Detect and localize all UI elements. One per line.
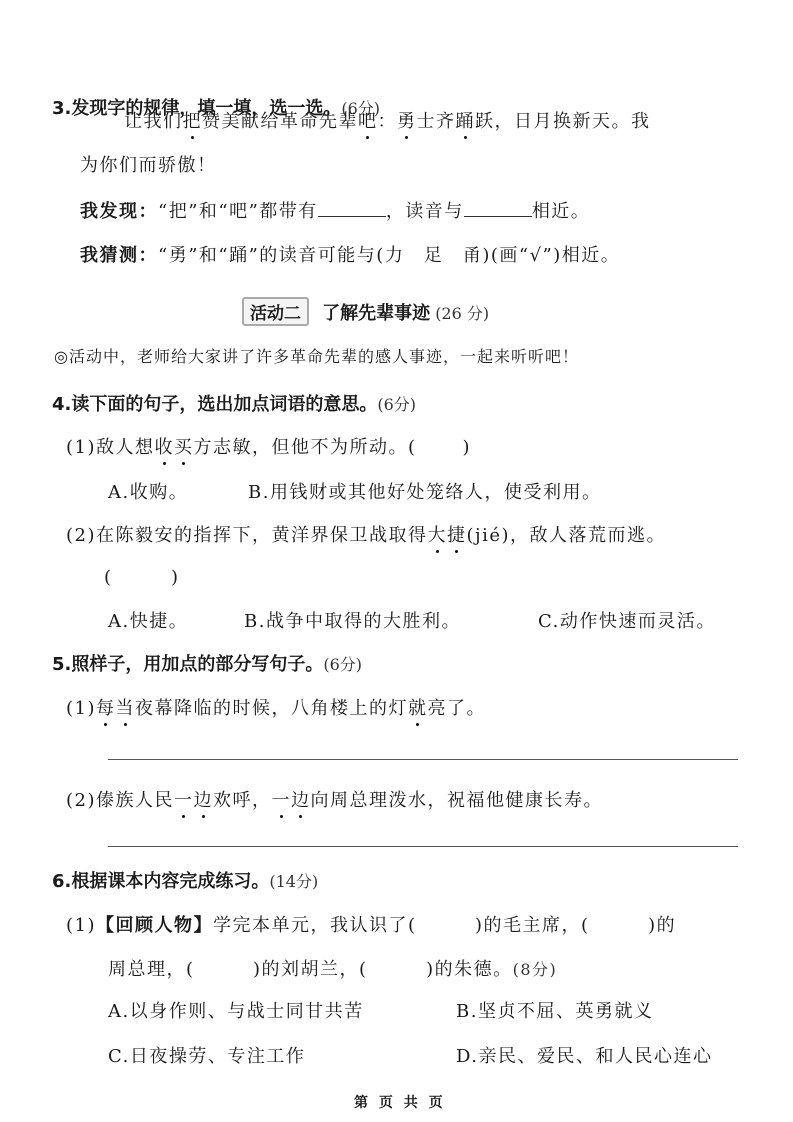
text[interactable]: 学完本单元，我认识了( )的毛主席，( )的	[213, 915, 676, 936]
text: 欢呼，	[213, 790, 272, 811]
dotted-char: 捷	[447, 521, 467, 547]
q5-sub2: (2)傣族人民一边欢呼，一边向周总理泼水，祝福他健康长寿。	[66, 786, 603, 812]
q5-title: 5.照样子，用加点的部分写句子。(6分)	[52, 650, 362, 676]
dotted-char: 边	[194, 786, 214, 812]
activity-header: 活动二 了解先辈事迹 (26 分)	[242, 297, 489, 326]
text: (jié)，敌人落荒而逃。	[467, 525, 667, 546]
text: 士齐	[417, 111, 456, 132]
text: 在陈毅安的指挥下，黄洋界保卫战取得	[96, 525, 428, 546]
text: “把”和“吧”都带有	[158, 201, 318, 222]
q3-discover: 我发现：“把”和“吧”都带有，读音与相近。	[80, 197, 590, 223]
guess-text[interactable]: “勇”和“踊”的读音可能与(力 足 甬)(画“√”)相近。	[158, 245, 620, 266]
q3-guess: 我猜测：“勇”和“踊”的读音可能与(力 足 甬)(画“√”)相近。	[80, 241, 620, 267]
text: )	[463, 437, 472, 458]
dotted-char: 勇	[397, 111, 417, 133]
q4-title: 4.读下面的句子，选出加点词语的意思。(6分)	[52, 390, 416, 416]
q3-number: 3.	[52, 98, 71, 119]
q4-sub1: (1)敌人想收买方志敏，但他不为所动。()	[66, 433, 471, 459]
q5-score: (6分)	[323, 655, 362, 674]
text: 方志敏，但他不为所动。(	[194, 437, 417, 458]
text: 相近。	[532, 201, 591, 222]
q6-title-text: 根据课本内容完成练习。	[71, 871, 269, 892]
dotted-char: 每	[96, 694, 116, 720]
q5-sub1-answer-line[interactable]	[108, 759, 738, 760]
dotted-char: 大	[428, 521, 448, 547]
text: 向周总理泼水，祝福他健康长寿。	[311, 790, 604, 811]
dotted-char: 把	[183, 111, 203, 133]
q5-number: 5.	[52, 654, 71, 675]
dotted-char: 一	[174, 786, 194, 812]
q4-sub2: (2)在陈毅安的指挥下，黄洋界保卫战取得大捷(jié)，敌人落荒而逃。	[66, 521, 666, 547]
sub-label: (1)	[66, 915, 96, 936]
q4-sub2-option-b: B.战争中取得的大胜利。	[244, 607, 461, 633]
activity-score: (26 分)	[435, 304, 489, 323]
review-tag: 【回顾人物】	[96, 915, 213, 936]
q6-option-c: C.日夜操劳、专注工作	[108, 1042, 305, 1068]
q4-sub2-option-a: A.快捷。	[108, 607, 188, 633]
q6-title: 6.根据课本内容完成练习。(14分)	[52, 867, 318, 893]
page-footer: 第 页 共 页	[354, 1092, 446, 1112]
q4-title-text: 读下面的句子，选出加点词语的意思。	[71, 394, 377, 415]
text[interactable]: 周总理，( )的刘胡兰，( )的朱德。	[108, 959, 513, 980]
discover-label: 我发现：	[80, 201, 158, 222]
text: 亮了。	[428, 698, 487, 719]
dotted-char: 边	[291, 786, 311, 812]
dotted-char: 当	[116, 694, 136, 720]
fill-blank-2[interactable]	[464, 198, 532, 217]
q3-passage-line1: 让我们把赞美献给革命先辈吧：勇士齐踊跃，日月换新天。我	[124, 111, 651, 133]
q6-option-b: B.坚贞不屈、英勇就义	[456, 997, 653, 1023]
q6-score: (14分)	[269, 872, 318, 891]
activity-intro: ◎活动中，老师给大家讲了许多革命先辈的感人事迹，一起来听听吧！	[54, 344, 579, 367]
activity-tag: 活动二	[242, 297, 309, 326]
dotted-char: 踊	[456, 111, 476, 133]
dotted-char: 吧	[358, 111, 378, 133]
q4-score: (6分)	[377, 395, 416, 414]
sub-label: (1)	[66, 437, 96, 458]
text: 让我们	[124, 111, 183, 132]
q4-sub1-option-a: A.收购。	[108, 478, 188, 504]
guess-label: 我猜测：	[80, 245, 158, 266]
q5-title-text: 照样子，用加点的部分写句子。	[71, 654, 323, 675]
text: 傣族人民	[96, 790, 174, 811]
sub-score: (8分)	[513, 960, 558, 979]
text: ：	[378, 111, 398, 132]
q5-sub1: (1)每当夜幕降临的时候，八角楼上的灯就亮了。	[66, 694, 486, 720]
sub-label: (2)	[66, 790, 96, 811]
fill-blank-1[interactable]	[318, 198, 386, 217]
q6-sub1-line1: (1)【回顾人物】学完本单元，我认识了( )的毛主席，( )的	[66, 911, 676, 937]
dotted-char: 就	[408, 694, 428, 720]
sub-label: (1)	[66, 698, 96, 719]
q6-sub1-line2: 周总理，( )的刘胡兰，( )的朱德。(8分)	[108, 955, 557, 981]
dotted-char: 买	[174, 433, 194, 459]
q6-number: 6.	[52, 871, 71, 892]
q4-sub2-answer-paren[interactable]: ( )	[104, 563, 180, 589]
text: ，读音与	[386, 201, 464, 222]
text: 跃，日月换新天。我	[475, 111, 651, 132]
activity-title: 了解先辈事迹	[322, 303, 430, 324]
text: 赞美献给革命先辈	[202, 111, 358, 132]
dotted-char: 一	[272, 786, 292, 812]
q4-sub2-option-c: C.动作快速而灵活。	[538, 607, 716, 633]
q4-sub1-option-b: B.用钱财或其他好处笼络人，使受利用。	[248, 478, 601, 504]
q6-option-d: D.亲民、爱民、和人民心连心	[456, 1042, 713, 1068]
text: 敌人想	[96, 437, 155, 458]
q6-option-a: A.以身作则、与战士同甘共苦	[108, 997, 364, 1023]
q4-number: 4.	[52, 394, 71, 415]
dotted-char: 收	[155, 433, 175, 459]
q5-sub2-answer-line[interactable]	[108, 846, 738, 847]
text: 夜幕降临的时候，八角楼上的灯	[135, 698, 408, 719]
q3-passage-line2: 为你们而骄傲！	[80, 151, 217, 177]
sub-label: (2)	[66, 525, 96, 546]
